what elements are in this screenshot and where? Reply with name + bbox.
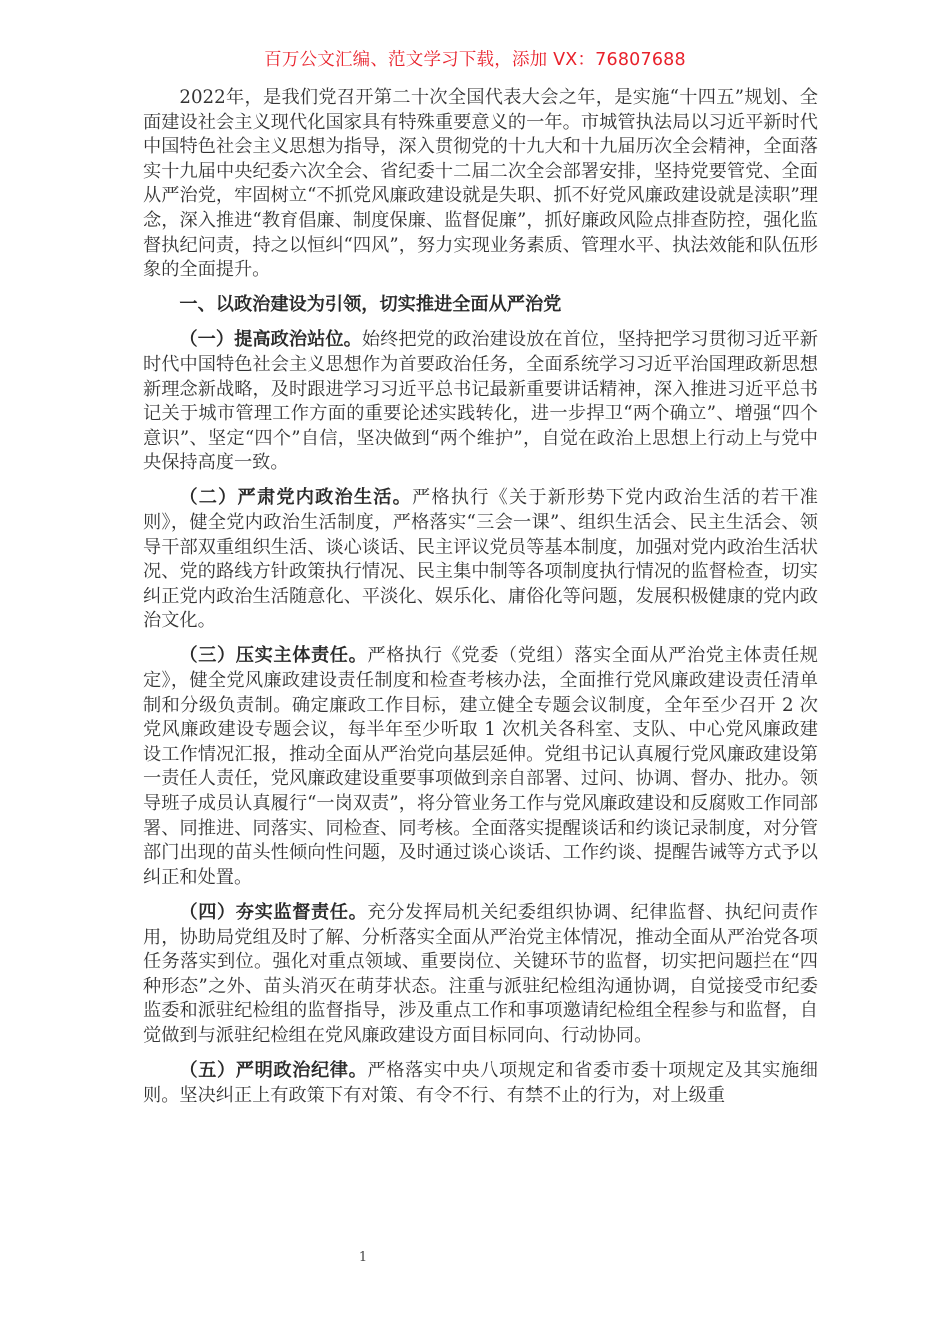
item-lead: （一）提高政治站位。: [179, 329, 361, 350]
item-text: 严格执行《关于新形势下党内政治生活的若干准则》，健全党内政治生活制度，严格落实“…: [143, 487, 818, 631]
item-text: 充分发挥局机关纪委组织协调、纪律监督、执纪问责作用，协助局党组及时了解、分析落实…: [143, 902, 818, 1046]
item-text: 严格执行《党委（党组）落实全面从严治党主体责任规定》，健全党风廉政建设责任制度和…: [143, 645, 818, 887]
page-number: 1: [0, 1250, 726, 1265]
item-paragraph-5: （五）严明政治纪律。严格落实中央八项规定和省委市委十项规定及其实施细则。坚决纠正…: [143, 1059, 818, 1108]
item-paragraph-2: （二）严肃党内政治生活。严格执行《关于新形势下党内政治生活的若干准则》，健全党内…: [143, 486, 818, 634]
watermark-header: 百万公文汇编、范文学习下载，添加 VX：76807688: [0, 46, 950, 71]
item-paragraph-4: （四）夯实监督责任。充分发挥局机关纪委组织协调、纪律监督、执纪问责作用，协助局党…: [143, 901, 818, 1049]
item-lead: （二）严肃党内政治生活。: [179, 487, 412, 508]
item-paragraph-1: （一）提高政治站位。始终把党的政治建设放在首位，坚持把学习贯彻习近平新时代中国特…: [143, 328, 818, 476]
item-lead: （五）严明政治纪律。: [179, 1060, 367, 1081]
document-body: 2022年，是我们党召开第二十次全国代表大会之年，是实施“十四五”规划、全面建设…: [143, 86, 818, 1119]
item-paragraph-3: （三）压实主体责任。严格执行《党委（党组）落实全面从严治党主体责任规定》，健全党…: [143, 644, 818, 890]
item-lead: （三）压实主体责任。: [179, 645, 367, 666]
section-heading: 一、以政治建设为引领，切实推进全面从严治党: [143, 293, 818, 318]
intro-paragraph: 2022年，是我们党召开第二十次全国代表大会之年，是实施“十四五”规划、全面建设…: [143, 86, 818, 283]
item-text: 始终把党的政治建设放在首位，坚持把学习贯彻习近平新时代中国特色社会主义思想作为首…: [143, 329, 818, 473]
item-lead: （四）夯实监督责任。: [179, 902, 367, 923]
